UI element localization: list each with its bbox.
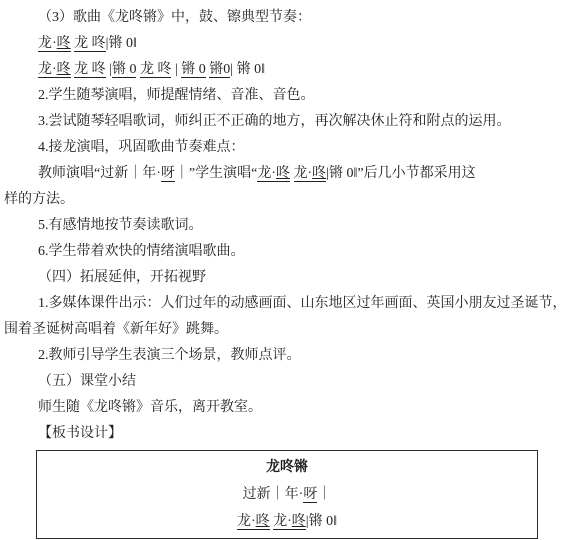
text-run: 1.多媒体课件出示：人们过年的动感画面、山东地区过年画面、英国小朋友过圣诞节，	[38, 296, 567, 311]
board-design-label: 【板书设计】	[4, 421, 575, 447]
text-run: （四）拓展延伸，开拓视野	[38, 270, 206, 285]
rhythm-syllable: 锵 0	[181, 62, 206, 78]
text-run: | 锵 0‖	[230, 62, 265, 77]
rhythm-syllable: 龙·	[38, 62, 57, 78]
line-step3: 3.尝试随琴轻唱歌词，师纠正不正确的地方，再次解决休止符和附点的运用。	[4, 109, 575, 135]
text-run: |锵 0‖	[306, 514, 337, 529]
line-teacher-demo-2: 样的方法。	[4, 187, 575, 213]
text-run: 5.有感情地按节奏读歌词。	[38, 218, 203, 233]
line-class-end: 师生随《龙咚锵》音乐，离开教室。	[4, 395, 575, 421]
text-run: |	[171, 62, 181, 77]
text-run: （五）课堂小结	[38, 374, 136, 389]
rhythm-syllable: 龙 咚	[74, 36, 106, 52]
rhythm-syllable: 咚	[57, 62, 71, 78]
text-run: 教师演唱“过新｜年·	[38, 166, 161, 181]
line-multimedia-2: 围着圣诞树高唱着《新年好》跳舞。	[4, 317, 575, 343]
text-run: 过新｜年·	[243, 487, 304, 502]
rhythm-syllable: 咚	[292, 514, 306, 530]
text-run: 师生随《龙咚锵》音乐，离开教室。	[38, 400, 262, 415]
board-drum-rhythm-line: 龙·咚 龙·咚|锵 0‖	[37, 508, 537, 535]
text-run: 围着圣诞树高唱着《新年好》跳舞。	[4, 322, 228, 337]
line-step5: 5.有感情地按节奏读歌词。	[4, 213, 575, 239]
line-section5-heading: （五）课堂小结	[4, 369, 575, 395]
line-step4: 4.接龙演唱，巩固歌曲节奏难点：	[4, 135, 575, 161]
rhythm-syllable: 咚	[256, 514, 270, 530]
rhythm-syllable: 龙·	[273, 514, 292, 530]
rhythm-syllable: 龙·	[294, 166, 313, 182]
rhythm-syllable: 咚	[57, 36, 71, 52]
text-run: |锵 0‖	[106, 36, 137, 51]
line-step6: 6.学生带着欢快的情绪演唱歌曲。	[4, 239, 575, 265]
rhythm-syllable: 咚	[312, 166, 326, 182]
text-run: ｜	[317, 487, 331, 502]
line-teacher-demo-1: 教师演唱“过新｜年·呀｜”学生演唱“龙·咚 龙·咚|锵 0‖”后几小节都采用这	[4, 161, 575, 187]
text-run: 样的方法。	[4, 192, 74, 207]
rhythm-syllable: 锵0	[209, 62, 230, 78]
line-rhythm-pattern-1: 龙·咚 龙 咚|锵 0‖	[4, 31, 575, 57]
text-run: 4.接龙演唱，巩固歌曲节奏难点：	[38, 140, 245, 155]
line-perform-scenes: 2.教师引导学生表演三个场景，教师点评。	[4, 343, 575, 369]
text-run: |锵 0‖”后几小节都采用这	[326, 166, 475, 181]
text-run: 6.学生带着欢快的情绪演唱歌曲。	[38, 244, 245, 259]
rhythm-syllable: 锵 0	[112, 62, 137, 78]
rhythm-syllable: 咚	[276, 166, 290, 182]
text-run	[290, 166, 294, 181]
rhythm-syllable: 龙 咚	[74, 62, 106, 78]
lesson-plan-text: （3）歌曲《龙咚锵》中，鼓、镲典型节奏： 龙·咚 龙 咚|锵 0‖ 龙·咚 龙 …	[0, 0, 575, 447]
rhythm-syllable: 龙·	[237, 514, 256, 530]
rhythm-syllable: 龙·	[257, 166, 276, 182]
rhythm-syllable: 龙·	[38, 36, 57, 52]
line-rhythm-pattern-2: 龙·咚 龙 咚 |锵 0 龙 咚 | 锵 0 锵0| 锵 0‖	[4, 57, 575, 83]
line-multimedia-1: 1.多媒体课件出示：人们过年的动感画面、山东地区过年画面、英国小朋友过圣诞节，	[4, 291, 575, 317]
rhythm-syllable: 呀	[161, 166, 175, 182]
board-design-box: 龙咚锵 过新｜年·呀｜ 龙·咚 龙·咚|锵 0‖	[36, 450, 538, 539]
rhythm-syllable: 龙 咚	[140, 62, 172, 78]
board-song-title: 龙咚锵	[37, 454, 537, 481]
text-run: 3.尝试随琴轻唱歌词，师纠正不正确的地方，再次解决休止符和附点的运用。	[38, 114, 511, 129]
line-step2: 2.学生随琴演唱，师提醒情绪、音准、音色。	[4, 83, 575, 109]
line-section4-heading: （四）拓展延伸，开拓视野	[4, 265, 575, 291]
text-run: （3）歌曲《龙咚锵》中，鼓、镲典型节奏：	[38, 10, 311, 25]
text-run: 2.教师引导学生表演三个场景，教师点评。	[38, 348, 301, 363]
rhythm-syllable: 呀	[303, 487, 317, 503]
text-run: ｜”学生演唱“	[175, 166, 257, 181]
line-section3-heading: （3）歌曲《龙咚锵》中，鼓、镲典型节奏：	[4, 5, 575, 31]
text-run: 2.学生随琴演唱，师提醒情绪、音准、音色。	[38, 88, 315, 103]
board-lyric-rhythm-line: 过新｜年·呀｜	[37, 481, 537, 508]
lesson-plan-page: （3）歌曲《龙咚锵》中，鼓、镲典型节奏： 龙·咚 龙 咚|锵 0‖ 龙·咚 龙 …	[0, 0, 575, 540]
